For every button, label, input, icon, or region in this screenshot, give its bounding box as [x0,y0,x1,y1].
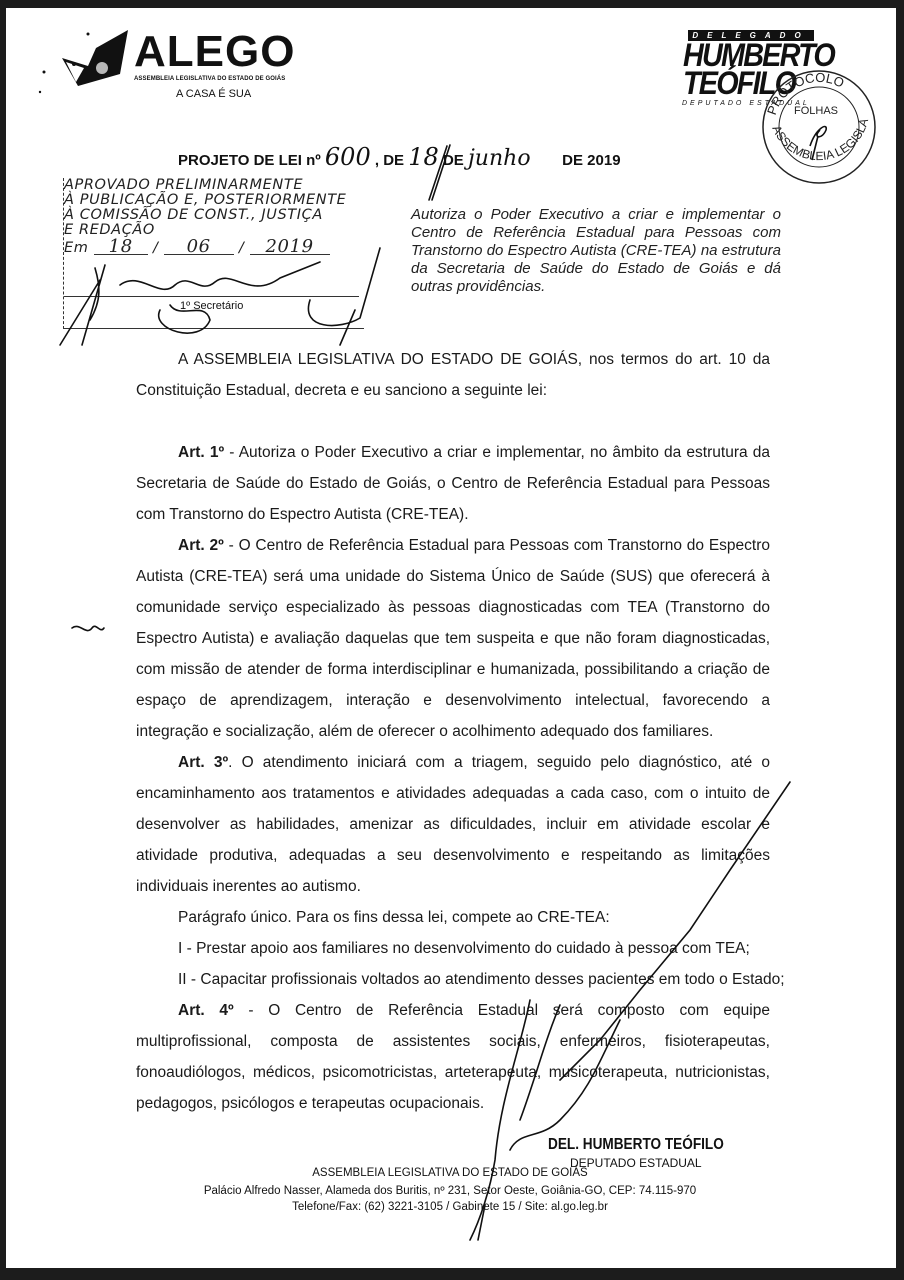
item-2: II - Capacitar profissionais voltados ao… [178,964,788,995]
alego-logo-subtitle: ASSEMBLEIA LEGISLATIVA DO ESTADO DE GOIÁ… [134,76,285,82]
bill-summary: Autoriza o Poder Executivo a criar e imp… [411,206,781,296]
article-1: Art. 1º - Autoriza o Poder Executivo a c… [136,437,770,530]
approval-line-1: APROVADO PRELIMINARMENTE [64,178,364,193]
approval-line-2: À PUBLICAÇÃO E, POSTERIORMENTE [64,193,364,208]
bill-title-sep1: , DE [375,152,404,169]
bill-title: PROJETO DE LEI nº 600 , DE 18 DE junho D… [178,143,621,171]
approval-line-3: À COMISSÃO DE CONST., JUSTIÇA [64,208,364,223]
signatory-name: DEL. HUMBERTO TEÓFILO [548,1136,724,1154]
approval-date: Em 18 / 06 / 2019 [64,239,364,256]
bill-title-sep2: DE [443,152,464,169]
paragraph-unico: Parágrafo único. Para os fins dessa lei,… [178,902,778,933]
alego-logo-text: ALEGO [134,30,295,74]
preamble: A ASSEMBLEIA LEGISLATIVA DO ESTADO DE GO… [136,344,770,406]
bill-year: DE 2019 [562,152,620,169]
bill-month: junho [468,146,558,171]
footer-address: Palácio Alfredo Nasser, Alameda dos Buri… [120,1185,780,1197]
footer-institution: ASSEMBLEIA LEGISLATIVA DO ESTADO DE GOIÁ… [120,1167,780,1179]
approval-role: 1º Secretário [180,300,243,312]
item-1: I - Prestar apoio aos familiares no dese… [178,933,778,964]
article-3: Art. 3º. O atendimento iniciará com a tr… [136,747,770,902]
approval-signature-line [64,296,359,297]
bill-title-prefix: PROJETO DE LEI nº [178,152,321,169]
bill-day: 18 [408,143,439,171]
protocol-stamp: PROTOCOLO ASSEMBLEIA LEGISLATIVA-GO FOLH… [760,68,878,186]
article-4: Art. 4º - O Centro de Referência Estadua… [136,995,770,1119]
bill-number: 600 [325,143,371,171]
article-2: Art. 2º - O Centro de Referência Estadua… [136,530,770,747]
alego-checkmark-logo-icon [58,28,134,90]
alego-logo-tagline: A CASA É SUA [176,88,251,100]
svg-text:FOLHAS: FOLHAS [794,105,838,117]
approval-stamp: APROVADO PRELIMINARMENTE À PUBLICAÇÃO E,… [63,178,364,329]
footer-contact: Telefone/Fax: (62) 3221-3105 / Gabinete … [120,1201,780,1213]
